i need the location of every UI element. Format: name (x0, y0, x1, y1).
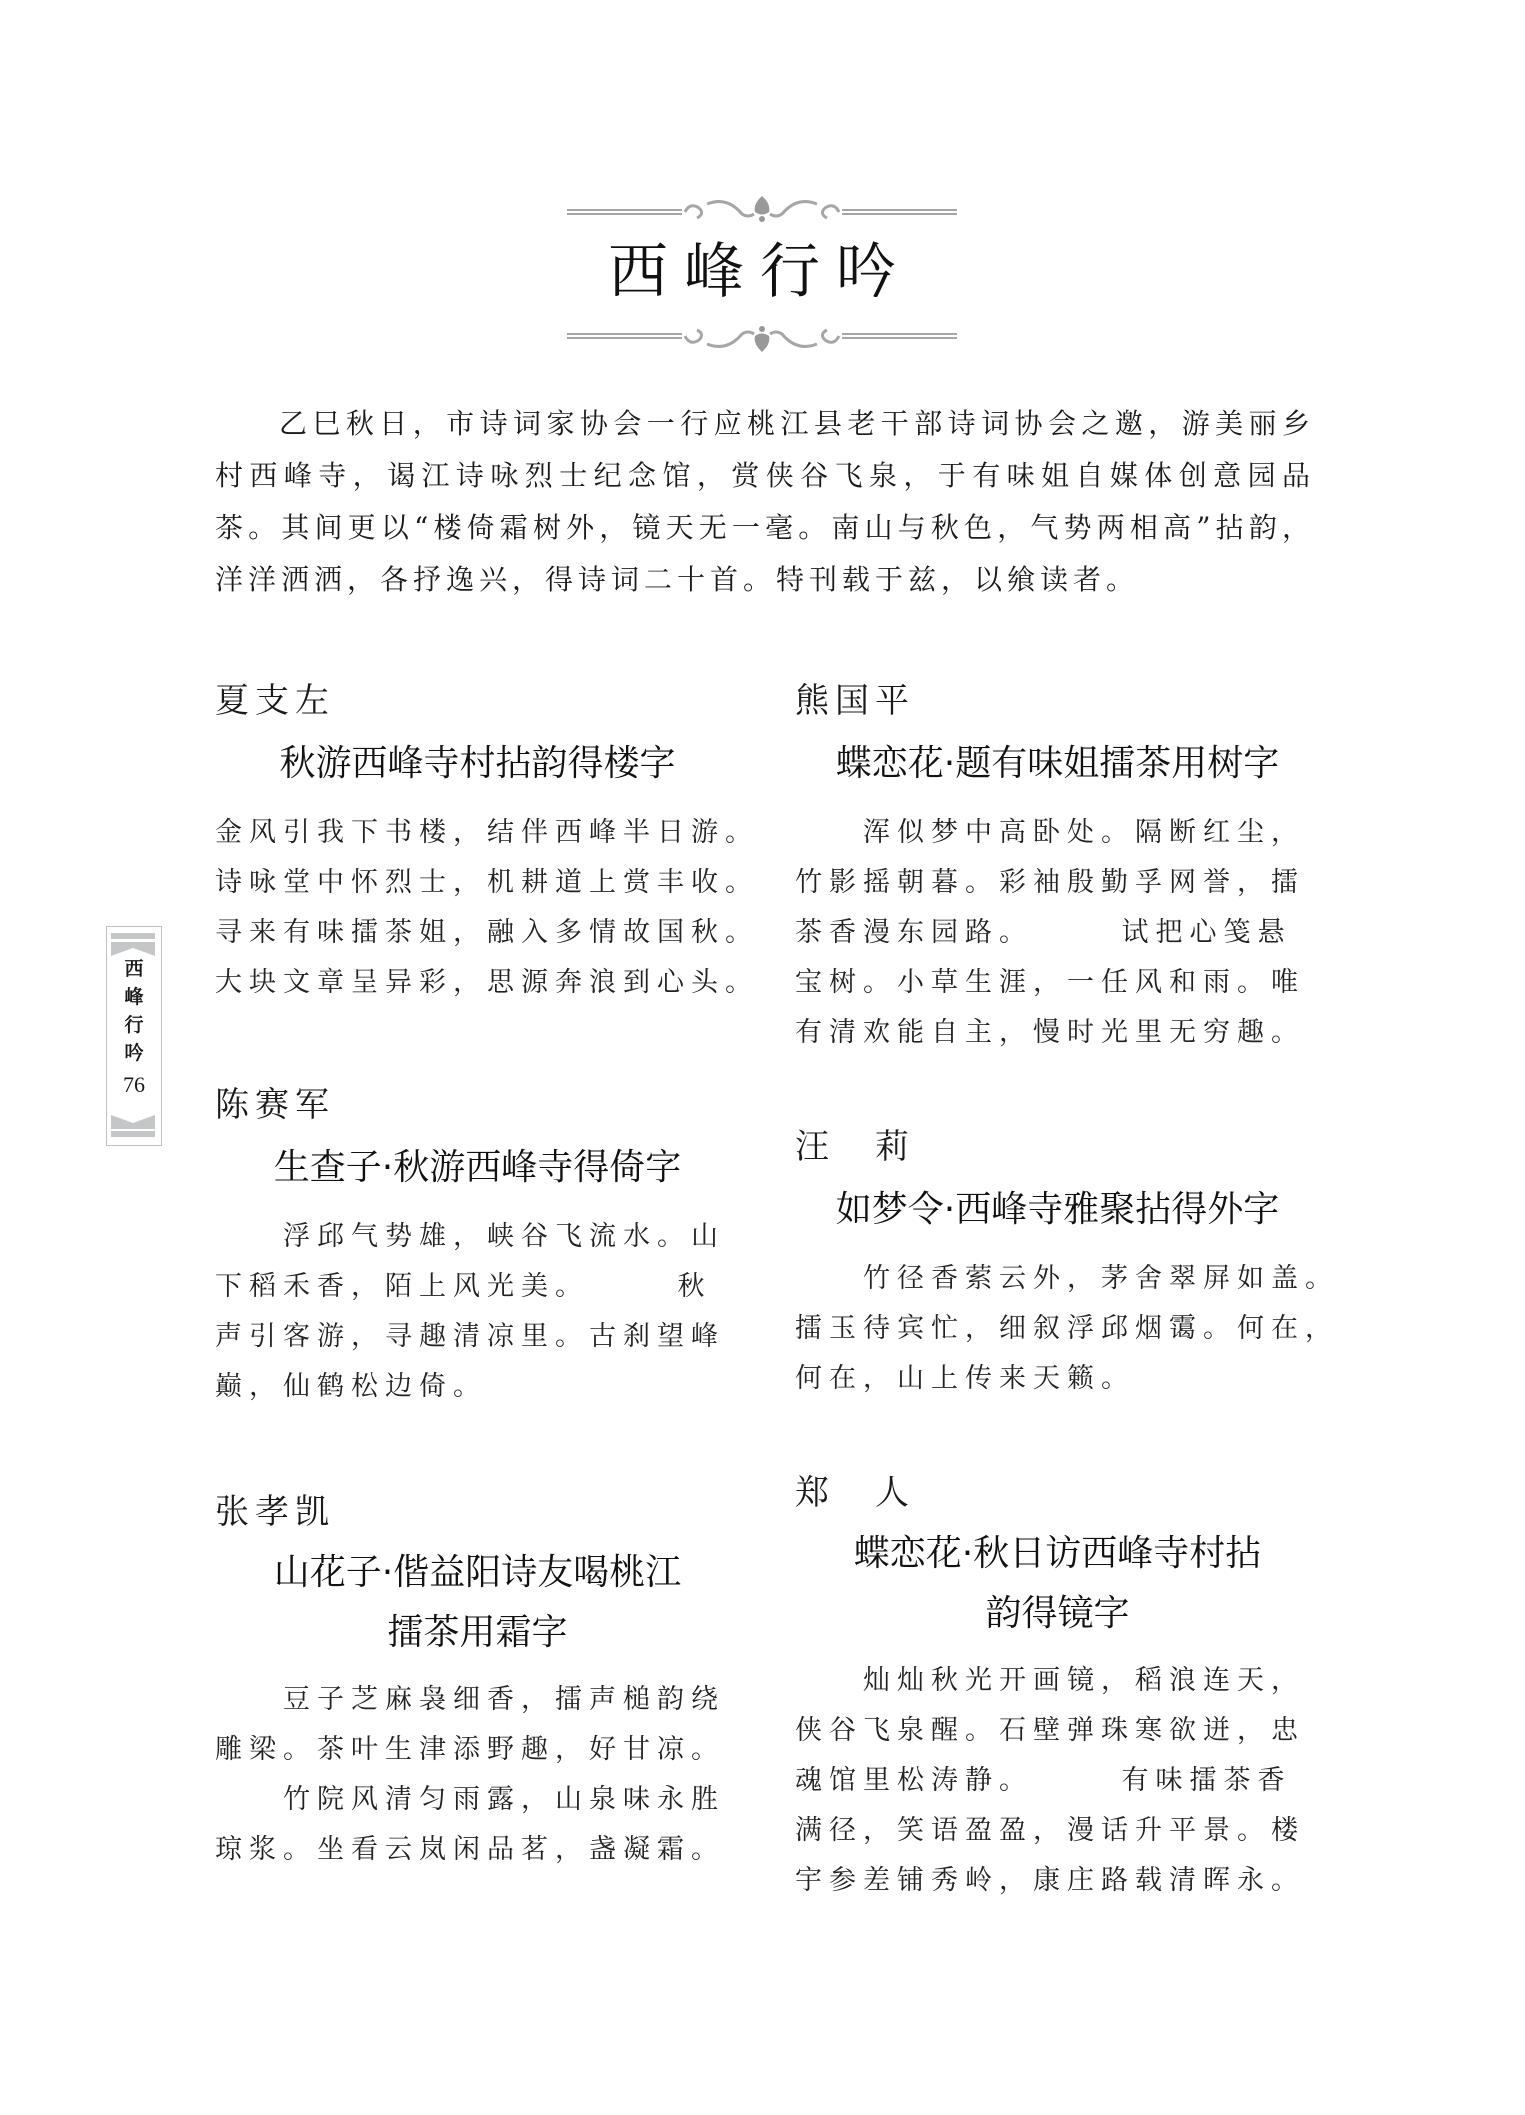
intro-paragraph: 乙巳秋日，市诗词家协会一行应桃江县老干部诗词协会之邀，游美丽乡村西峰寺，谒江诗咏… (215, 398, 1315, 606)
poem-title-line: 如梦令·西峰寺雅聚拈得外字 (836, 1189, 1279, 1230)
poem-title: 蝶恋花·题有味姐擂茶用树字 (795, 732, 1320, 796)
poem-title: 山花子·偕益阳诗友喝桃江 擂茶用霜字 (215, 1543, 740, 1663)
poem-section: 郑 人 蝶恋花·秋日访西峰寺村拈 韵得镜字 灿灿秋光开画镜，稻浪连天， 侠谷飞泉… (795, 1468, 1320, 1906)
poem-section: 夏支左 秋游西峰寺村拈韵得楼字 金风引我下书楼，结伴西峰半日游。 诗咏堂中怀烈士… (215, 676, 740, 1008)
poem-line: 宝树。小草生涯，一任风和雨。唯 (795, 958, 1320, 1008)
side-tab-char: 行 (107, 1013, 161, 1037)
poem-title-line: 蝶恋花·秋日访西峰寺村拈 (854, 1533, 1261, 1574)
page-number: 76 (107, 1072, 161, 1098)
poem-line: 有清欢能自主，慢时光里无穷趣。 (795, 1008, 1320, 1058)
poem-title: 生查子·秋游西峰寺得倚字 (215, 1136, 740, 1200)
poem-section: 熊国平 蝶恋花·题有味姐擂茶用树字 浑似梦中高卧处。隔断红尘， 竹影摇朝暮。彩袖… (795, 676, 1320, 1058)
poem-title: 蝶恋花·秋日访西峰寺村拈 韵得镜字 (795, 1524, 1320, 1644)
poem-body: 灿灿秋光开画镜，稻浪连天， 侠谷飞泉醒。石壁弹珠寒欲迸，忠 魂馆里松涛静。 有味… (795, 1656, 1320, 1906)
poem-author: 陈赛军 (215, 1080, 740, 1130)
poem-section: 陈赛军 生查子·秋游西峰寺得倚字 浮邱气势雄，峡谷飞流水。山 下稻禾香，陌上风光… (215, 1080, 740, 1412)
poem-section: 张孝凯 山花子·偕益阳诗友喝桃江 擂茶用霜字 豆子芝麻袅细香，擂声槌韵绕 雕梁。… (215, 1487, 740, 1875)
poem-line: 琼浆。坐看云岚闲品茗，盏凝霜。 (215, 1825, 740, 1875)
poem-line: 大块文章呈异彩，思源奔浪到心头。 (215, 958, 740, 1008)
poem-line: 浮邱气势雄，峡谷飞流水。山 (215, 1212, 740, 1262)
poem-author: 汪 莉 (795, 1122, 1320, 1172)
bottom-ornament-icon (567, 316, 957, 356)
poem-title: 秋游西峰寺村拈韵得楼字 (215, 732, 740, 796)
poem-line: 声引客游，寻趣清凉里。古刹望峰 (215, 1312, 740, 1362)
poem-title-line: 韵得镜字 (985, 1593, 1129, 1634)
poem-line: 竹径香萦云外，茅舍翠屏如盖。 (795, 1254, 1320, 1304)
poem-line: 何在，山上传来天籁。 (795, 1354, 1320, 1404)
intro-text: 乙巳秋日，市诗词家协会一行应桃江县老干部诗词协会之邀，游美丽乡村西峰寺，谒江诗咏… (215, 398, 1315, 606)
poem-line: 侠谷飞泉醒。石壁弹珠寒欲迸，忠 (795, 1706, 1320, 1756)
poem-line: 巅，仙鹤松边倚。 (215, 1362, 740, 1412)
poem-line: 魂馆里松涛静。 有味擂茶香 (795, 1756, 1320, 1806)
side-tab-char: 峰 (107, 985, 161, 1009)
poem-author: 郑 人 (795, 1468, 1320, 1518)
poem-title-line: 山花子·偕益阳诗友喝桃江 (274, 1552, 681, 1593)
poem-line: 竹影摇朝暮。彩袖殷勤孚网誉，擂 (795, 858, 1320, 908)
side-tab-bottom-cap (111, 1131, 155, 1137)
poem-line: 满径，笑语盈盈，漫话升平景。楼 (795, 1806, 1320, 1856)
poem-author: 熊国平 (795, 676, 1320, 726)
poem-line: 擂玉待宾忙，细叙浮邱烟霭。何在， (795, 1304, 1320, 1354)
side-tab-bottom-chevron-icon (111, 1111, 155, 1129)
poem-body: 金风引我下书楼，结伴西峰半日游。 诗咏堂中怀烈士，机耕道上赏丰收。 寻来有味擂茶… (215, 808, 740, 1008)
poem-body: 浑似梦中高卧处。隔断红尘， 竹影摇朝暮。彩袖殷勤孚网誉，擂 茶香漫东园路。 试把… (795, 808, 1320, 1058)
poem-line: 下稻禾香，陌上风光美。 秋 (215, 1262, 740, 1312)
poem-line: 浑似梦中高卧处。隔断红尘， (795, 808, 1320, 858)
side-tab-char: 吟 (107, 1041, 161, 1065)
poem-line: 茶香漫东园路。 试把心笺悬 (795, 908, 1320, 958)
poem-line: 寻来有味擂茶姐，融入多情故国秋。 (215, 908, 740, 958)
side-tab-top-cap (111, 933, 155, 939)
poem-line: 宇参差铺秀岭，康庄路载清晖永。 (795, 1856, 1320, 1906)
poem-line: 竹院风清匀雨露，山泉味永胜 (215, 1775, 740, 1825)
poem-body: 豆子芝麻袅细香，擂声槌韵绕 雕梁。茶叶生津添野趣，好甘凉。 竹院风清匀雨露，山泉… (215, 1675, 740, 1875)
poem-line: 灿灿秋光开画镜，稻浪连天， (795, 1656, 1320, 1706)
page-title: 西峰行吟 (560, 232, 960, 312)
poem-line: 金风引我下书楼，结伴西峰半日游。 (215, 808, 740, 858)
top-ornament-icon (567, 192, 957, 232)
poem-line: 诗咏堂中怀烈士，机耕道上赏丰收。 (215, 858, 740, 908)
poem-title: 如梦令·西峰寺雅聚拈得外字 (795, 1178, 1320, 1242)
poem-body: 浮邱气势雄，峡谷飞流水。山 下稻禾香，陌上风光美。 秋 声引客游，寻趣清凉里。古… (215, 1212, 740, 1412)
side-tab-char: 西 (107, 957, 161, 981)
side-tab: 西 峰 行 吟 76 (106, 926, 162, 1146)
poem-author: 张孝凯 (215, 1487, 740, 1537)
poem-line: 豆子芝麻袅细香，擂声槌韵绕 (215, 1675, 740, 1725)
poem-section: 汪 莉 如梦令·西峰寺雅聚拈得外字 竹径香萦云外，茅舍翠屏如盖。 擂玉待宾忙，细… (795, 1122, 1320, 1404)
poem-author: 夏支左 (215, 676, 740, 726)
poem-line: 雕梁。茶叶生津添野趣，好甘凉。 (215, 1725, 740, 1775)
poem-title-line: 秋游西峰寺村拈韵得楼字 (279, 743, 675, 784)
poem-title-line: 生查子·秋游西峰寺得倚字 (274, 1147, 681, 1188)
poem-title-line: 蝶恋花·题有味姐擂茶用树字 (836, 743, 1279, 784)
poem-title-line: 擂茶用霜字 (387, 1612, 567, 1653)
poem-body: 竹径香萦云外，茅舍翠屏如盖。 擂玉待宾忙，细叙浮邱烟霭。何在， 何在，山上传来天… (795, 1254, 1320, 1404)
